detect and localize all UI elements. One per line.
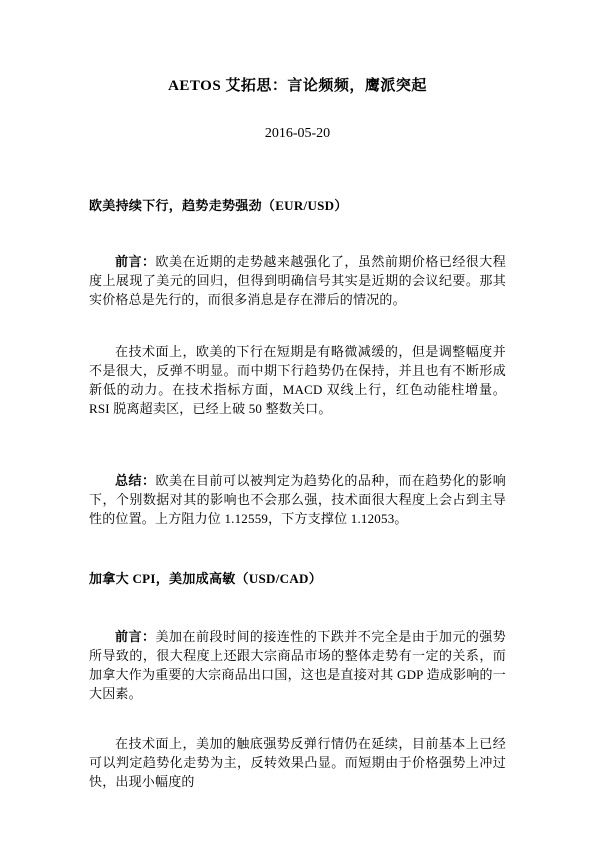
paragraph-label: 前言： bbox=[115, 254, 155, 269]
section-eurusd: 欧美持续下行，趋势走势强劲（EUR/USD） 前言：欧美在近期的走势越来越强化了… bbox=[89, 196, 506, 528]
paragraph-text: 在技术面上，美加的触底强势反弹行情仍在延续，目前基本上已经可以判定趋势化走势为主… bbox=[89, 736, 506, 789]
section-usdcad: 加拿大 CPI，美加成高敏（USD/CAD） 前言：美加在前段时间的接连性的下跌… bbox=[89, 569, 506, 791]
document-title: AETOS 艾拓思：言论频频，鹰派突起 bbox=[89, 0, 506, 96]
paragraph-usdcad-intro: 前言：美加在前段时间的接连性的下跌并不完全是由于加元的强势所导致的，很大程度上还… bbox=[89, 627, 506, 703]
section-heading-eurusd: 欧美持续下行，趋势走势强劲（EUR/USD） bbox=[89, 196, 506, 216]
paragraph-usdcad-technical: 在技术面上，美加的触底强势反弹行情仍在延续，目前基本上已经可以判定趋势化走势为主… bbox=[89, 734, 506, 791]
paragraph-label: 前言： bbox=[115, 629, 155, 644]
section-heading-usdcad: 加拿大 CPI，美加成高敏（USD/CAD） bbox=[89, 569, 506, 589]
paragraph-eurusd-technical: 在技术面上，欧美的下行在短期是有略微减缓的，但是调整幅度并不是很大，反弹不明显。… bbox=[89, 342, 506, 418]
paragraph-text: 在技术面上，欧美的下行在短期是有略微减缓的，但是调整幅度并不是很大，反弹不明显。… bbox=[89, 344, 506, 416]
paragraph-label: 总结： bbox=[115, 473, 155, 488]
document-page: AETOS 艾拓思：言论频频，鹰派突起 2016-05-20 欧美持续下行，趋势… bbox=[0, 0, 595, 842]
paragraph-eurusd-intro: 前言：欧美在近期的走势越来越强化了，虽然前期价格已经很大程度上展现了美元的回归，… bbox=[89, 252, 506, 309]
document-date: 2016-05-20 bbox=[89, 124, 506, 144]
paragraph-eurusd-summary: 总结：欧美在目前可以被判定为趋势化的品种，而在趋势化的影响下，个别数据对其的影响… bbox=[89, 471, 506, 528]
